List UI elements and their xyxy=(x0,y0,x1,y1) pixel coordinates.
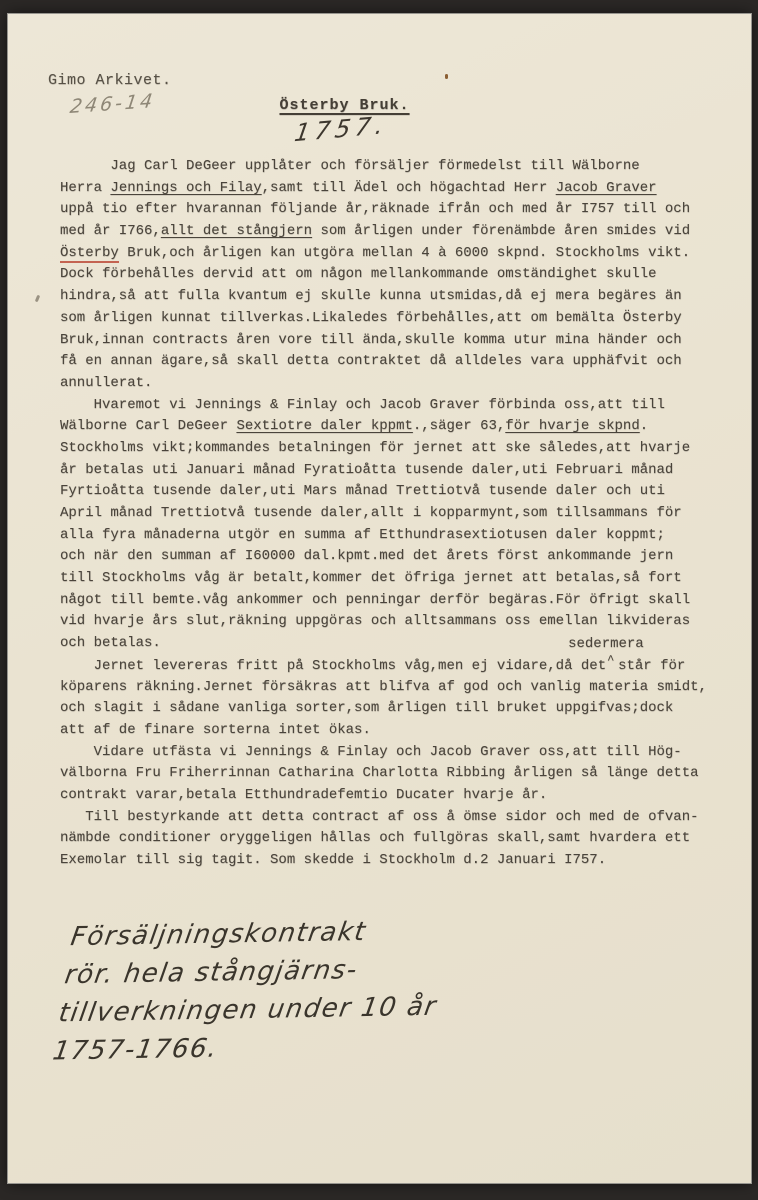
typed-line: köparens räkning.Jernet försäkras att bl… xyxy=(60,677,707,699)
document-body: Jag Carl DeGeer upplåter och försäljer f… xyxy=(60,156,707,872)
typed-line: uppå tio efter hvarannan följande år,räk… xyxy=(60,199,707,221)
typed-text: köparens räkning.Jernet försäkras att bl… xyxy=(60,679,707,695)
typed-line: som årligen kunnat tillverkas.Likaledes … xyxy=(60,308,707,330)
typed-text: hindra,så att fulla kvantum ej skulle ku… xyxy=(60,288,682,304)
document-page: Gimo Arkivet. 246-14 Österby Bruk. 1757.… xyxy=(8,14,751,1183)
stray-pencil-mark xyxy=(35,295,40,303)
underlined-text: allt det stångjern xyxy=(161,223,312,239)
typed-text: Hvaremot vi Jennings & Finlay och Jacob … xyxy=(60,397,665,413)
underlined-text: Jennings och Filay xyxy=(110,180,261,196)
typed-line: Österby Bruk,och årligen kan utgöra mell… xyxy=(60,243,707,265)
typed-text: April månad Trettiotvå tusende daler,all… xyxy=(60,505,682,521)
typed-line: alla fyra månaderna utgör en summa af Et… xyxy=(60,525,707,547)
typed-line: Jag Carl DeGeer upplåter och försäljer f… xyxy=(60,156,707,178)
typed-line: April månad Trettiotvå tusende daler,all… xyxy=(60,503,707,525)
typed-line: år betalas uti Januari månad Fyratioåtta… xyxy=(60,460,707,482)
archive-label: Gimo Arkivet. xyxy=(48,72,172,89)
typed-text: något till bemte.våg ankommer och pennin… xyxy=(60,592,690,608)
typed-text: nämbde conditioner oryggeligen hållas oc… xyxy=(60,830,690,846)
typed-text: Vidare utfästa vi Jennings & Finlay och … xyxy=(60,744,682,760)
typed-line: Till bestyrkande att detta contract af o… xyxy=(60,807,707,829)
note-line: 1757-1766. xyxy=(50,1026,434,1071)
typed-text: som årligen under förenämbde åren smides… xyxy=(312,223,690,239)
handwritten-note: Försäljningskontrakt rör. hela stångjärn… xyxy=(50,911,452,1070)
typed-line: Herra Jennings och Filay,samt till Ädel … xyxy=(60,178,707,200)
typed-line: Fyrtioåtta tusende daler,uti Mars månad … xyxy=(60,481,707,503)
typed-line: till Stockholms våg är betalt,kommer det… xyxy=(60,568,707,590)
typed-line: Dock förbehålles dervid att om någon mel… xyxy=(60,264,707,286)
typed-line: och när den summan af I60000 dal.kpmt.me… xyxy=(60,546,707,568)
underlined-text: Sextiotre daler kppmt xyxy=(236,418,412,434)
typed-text: att af de finare sorterna intet ökas. xyxy=(60,722,371,738)
typed-line: Vidare utfästa vi Jennings & Finlay och … xyxy=(60,742,707,764)
typed-line: hindra,så att fulla kvantum ej skulle ku… xyxy=(60,286,707,308)
typed-text: år betalas uti Januari månad Fyratioåtta… xyxy=(60,462,673,478)
note-line: tillverkningen under 10 år xyxy=(56,988,440,1033)
typed-line: Bruk,innan contracts åren vore till ända… xyxy=(60,330,707,352)
typed-text: som årligen kunnat tillverkas.Likaledes … xyxy=(60,310,682,326)
typed-line: få en annan ägare,så skall detta contrak… xyxy=(60,351,707,373)
red-underlined-text: Österby xyxy=(60,245,119,263)
typed-text: Wälborne Carl DeGeer xyxy=(60,418,236,434)
typed-text: och betalas. xyxy=(60,635,161,651)
inserted-word-above: sedermera^ xyxy=(606,655,618,669)
typed-line: med år I766,allt det stångjern som årlig… xyxy=(60,221,707,243)
typed-text: contrakt varar,betala Etthundradefemtio … xyxy=(60,787,547,803)
insertion-caret-mark: ^ xyxy=(607,650,614,672)
typed-text: Dock förbehålles dervid att om någon mel… xyxy=(60,266,657,282)
typed-text: .,säger 63, xyxy=(413,418,505,434)
typed-text: och när den summan af I60000 dal.kpmt.me… xyxy=(60,548,673,564)
typed-text: Exemolar till sig tagit. Som skedde i St… xyxy=(60,852,606,868)
typed-line: Stockholms vikt;kommandes betalningen fö… xyxy=(60,438,707,460)
typed-line: annullerat. xyxy=(60,373,707,395)
typed-text: uppå tio efter hvarannan följande år,räk… xyxy=(60,201,690,217)
typed-line: Wälborne Carl DeGeer Sextiotre daler kpp… xyxy=(60,416,707,438)
typed-text: vid hvarje års slut,räkning uppgöras och… xyxy=(60,613,690,629)
typed-line: nämbde conditioner oryggeligen hållas oc… xyxy=(60,828,707,850)
typed-line: något till bemte.våg ankommer och pennin… xyxy=(60,590,707,612)
typed-text: ,samt till Ädel och högachtad Herr xyxy=(262,180,556,196)
paper-speck xyxy=(445,74,448,79)
underlined-text: Jacob Graver xyxy=(556,180,657,196)
typed-text: Jernet levereras fritt på Stockholms våg… xyxy=(60,658,606,674)
typed-line: att af de finare sorterna intet ökas. xyxy=(60,720,707,742)
note-line: Försäljningskontrakt xyxy=(68,911,452,956)
typed-line: vid hvarje års slut,räkning uppgöras och… xyxy=(60,611,707,633)
typed-text: Bruk,innan contracts åren vore till ända… xyxy=(60,332,682,348)
typed-text: få en annan ägare,så skall detta contrak… xyxy=(60,353,682,369)
typed-line: contrakt varar,betala Etthundradefemtio … xyxy=(60,785,707,807)
underlined-text: för hvarje skpnd xyxy=(505,418,639,434)
typed-text: alla fyra månaderna utgör en summa af Et… xyxy=(60,527,665,543)
typed-text: Bruk,och årligen kan utgöra mellan 4 à 6… xyxy=(119,245,690,261)
typed-line: Exemolar till sig tagit. Som skedde i St… xyxy=(60,850,707,872)
typed-text: annullerat. xyxy=(60,375,152,391)
typed-line: Hvaremot vi Jennings & Finlay och Jacob … xyxy=(60,395,707,417)
typed-text: står för xyxy=(618,658,685,674)
inserted-word-text: sedermera xyxy=(568,634,644,656)
typed-text: till Stockholms våg är betalt,kommer det… xyxy=(60,570,682,586)
typed-text: Herra xyxy=(60,180,110,196)
typed-line: Jernet levereras fritt på Stockholms våg… xyxy=(60,655,707,677)
typed-line: och slagit i sådane vanliga sorter,som å… xyxy=(60,698,707,720)
scan-background: Gimo Arkivet. 246-14 Österby Bruk. 1757.… xyxy=(0,0,758,1200)
typed-text: Till bestyrkande att detta contract af o… xyxy=(60,809,699,825)
typed-text: Jag Carl DeGeer upplåter och försäljer f… xyxy=(60,158,640,174)
typed-text: och slagit i sådane vanliga sorter,som å… xyxy=(60,700,673,716)
typed-text: . xyxy=(640,418,648,434)
typed-text: Stockholms vikt;kommandes betalningen fö… xyxy=(60,440,690,456)
typed-text: Fyrtioåtta tusende daler,uti Mars månad … xyxy=(60,483,665,499)
typed-text: med år I766, xyxy=(60,223,161,239)
typed-text: välborna Fru Friherrinnan Catharina Char… xyxy=(60,765,699,781)
typed-line: välborna Fru Friherrinnan Catharina Char… xyxy=(60,763,707,785)
note-line: rör. hela stångjärns- xyxy=(62,950,446,995)
